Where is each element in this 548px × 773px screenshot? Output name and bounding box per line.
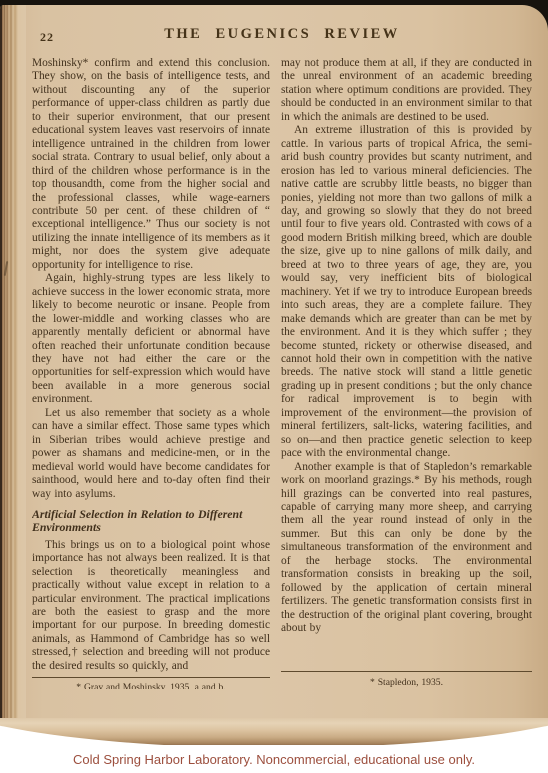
running-header: 22 THE EUGENICS REVIEW bbox=[32, 25, 532, 49]
paragraph-highly-strung: Again, highly-strung types are less like… bbox=[32, 272, 270, 407]
caption-text: Cold Spring Harbor Laboratory. Noncommer… bbox=[73, 752, 475, 767]
paragraph-moshinsky: Moshinsky* confirm and extend this concl… bbox=[32, 57, 270, 272]
page-content: 22 THE EUGENICS REVIEW Moshinsky* confir… bbox=[26, 5, 548, 718]
two-column-text: Moshinsky* confirm and extend this concl… bbox=[32, 57, 532, 689]
right-footnotes: * Stapledon, 1935. bbox=[281, 667, 532, 689]
footnote-rule bbox=[32, 677, 270, 678]
paragraph-society: Let us also remember that society as a w… bbox=[32, 407, 270, 501]
footnote-rule bbox=[281, 671, 532, 672]
page-stack-left-edge bbox=[0, 5, 26, 718]
screenshot-root: 22 THE EUGENICS REVIEW Moshinsky* confir… bbox=[0, 0, 548, 773]
footnote-lines: * Gray and Moshinsky, 1935, a and b. † H… bbox=[76, 682, 225, 689]
section-heading: Artificial Selection in Relation to Diff… bbox=[32, 508, 270, 535]
scanned-book-page: 22 THE EUGENICS REVIEW Moshinsky* confir… bbox=[0, 5, 548, 718]
right-column: may not produce them at all, if they are… bbox=[281, 57, 532, 689]
paragraph-artificial-selection: This brings us on to a biological point … bbox=[32, 539, 270, 674]
attribution-caption: Cold Spring Harbor Laboratory. Noncommer… bbox=[0, 745, 548, 773]
left-column: Moshinsky* confirm and extend this concl… bbox=[32, 57, 270, 689]
page-number: 22 bbox=[40, 30, 54, 45]
journal-title: THE EUGENICS REVIEW bbox=[32, 25, 532, 43]
paragraph-stapledon: Another example is that of Stapledon’s r… bbox=[281, 461, 532, 636]
footnote-stapledon: * Stapledon, 1935. bbox=[370, 677, 443, 689]
paragraph-continuation: may not produce them at all, if they are… bbox=[281, 57, 532, 124]
footnote-gray-moshinsky: * Gray and Moshinsky, 1935, a and b. bbox=[76, 682, 225, 689]
paragraph-cattle: An extreme illustration of this is provi… bbox=[281, 124, 532, 460]
left-footnotes: * Gray and Moshinsky, 1935, a and b. † H… bbox=[32, 673, 270, 689]
